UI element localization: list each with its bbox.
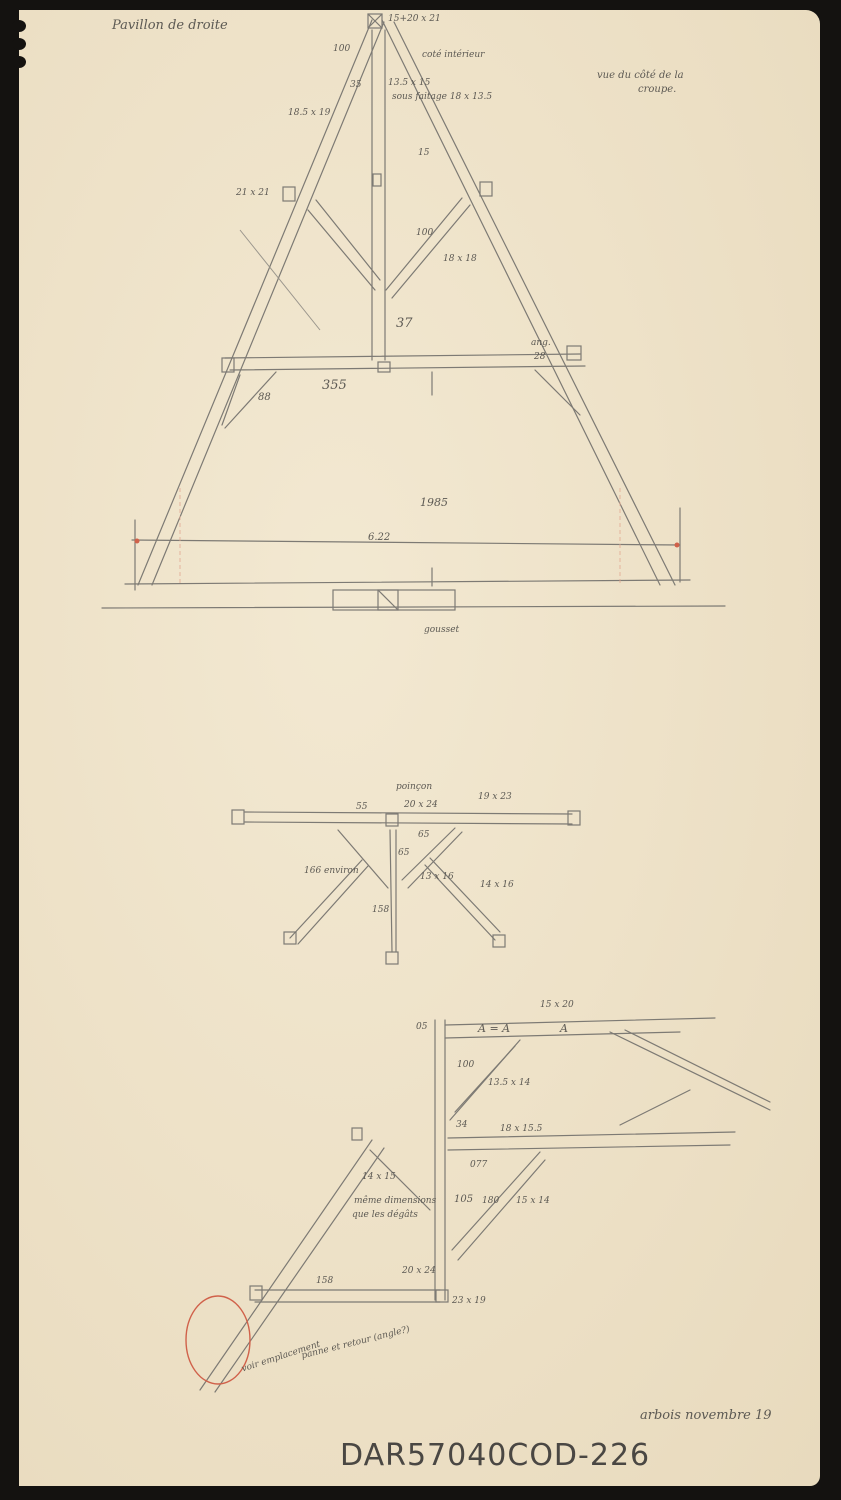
label: 166 environ — [304, 866, 359, 876]
label: 077 — [470, 1160, 487, 1170]
title-note: Pavillon de droite — [112, 18, 228, 33]
label: même dimensions — [354, 1196, 436, 1206]
label: 158 — [316, 1276, 333, 1286]
label: poinçon — [396, 782, 432, 792]
label: 14 x 16 — [480, 880, 514, 890]
archive-code: DAR57040COD-226 — [340, 1438, 650, 1473]
label: 34 — [456, 1120, 467, 1130]
label: 15 — [418, 148, 429, 158]
label: 65 — [418, 830, 429, 840]
label: que les dégâts — [352, 1210, 418, 1220]
label: 19 x 23 — [478, 792, 512, 802]
detail-section — [186, 1018, 770, 1392]
label: 18 x 15.5 — [500, 1124, 542, 1134]
label: 28 — [534, 352, 545, 362]
label: 18.5 x 19 — [288, 108, 330, 118]
view-note-line2: croupe. — [638, 84, 676, 95]
label: gousset — [424, 625, 459, 635]
label: 13 x 16 — [420, 872, 454, 882]
label: 100 — [416, 228, 433, 238]
label: sous faitage 18 x 13.5 — [392, 92, 492, 102]
label: 6.22 — [368, 532, 390, 543]
label: 55 — [356, 802, 367, 812]
label: A = A — [478, 1022, 510, 1035]
label: 100 — [457, 1060, 474, 1070]
label: 65 — [398, 848, 409, 858]
label: 180 — [482, 1196, 499, 1206]
signature-note: arbois novembre 19 — [640, 1408, 772, 1423]
label: 20 x 24 — [404, 800, 438, 810]
label: 18 x 18 — [443, 254, 477, 264]
truss-elevation — [102, 14, 725, 610]
label: 15 x 20 — [540, 1000, 574, 1010]
label: 15+20 x 21 — [388, 14, 441, 24]
label: A — [560, 1022, 568, 1035]
label: 100 — [333, 44, 350, 54]
label: 20 x 24 — [402, 1266, 436, 1276]
label: coté intérieur — [422, 50, 485, 60]
label: 05 — [416, 1022, 427, 1032]
label: 21 x 21 — [236, 188, 270, 198]
view-note-line1: vue du côté de la — [597, 70, 684, 81]
label: 35 — [350, 80, 361, 90]
label: 13.5 x 15 — [388, 78, 430, 88]
label: 355 — [322, 378, 347, 393]
label: 88 — [258, 392, 271, 403]
label: 105 — [454, 1194, 473, 1205]
label: 14 x 15 — [362, 1172, 396, 1182]
label: 37 — [396, 316, 413, 331]
label: 23 x 19 — [452, 1296, 486, 1306]
plan-view — [232, 810, 580, 964]
label: ang. — [531, 338, 551, 348]
label: 15 x 14 — [516, 1196, 550, 1206]
label: 158 — [372, 905, 389, 915]
label: 13.5 x 14 — [488, 1078, 530, 1088]
label: 1985 — [420, 496, 448, 509]
